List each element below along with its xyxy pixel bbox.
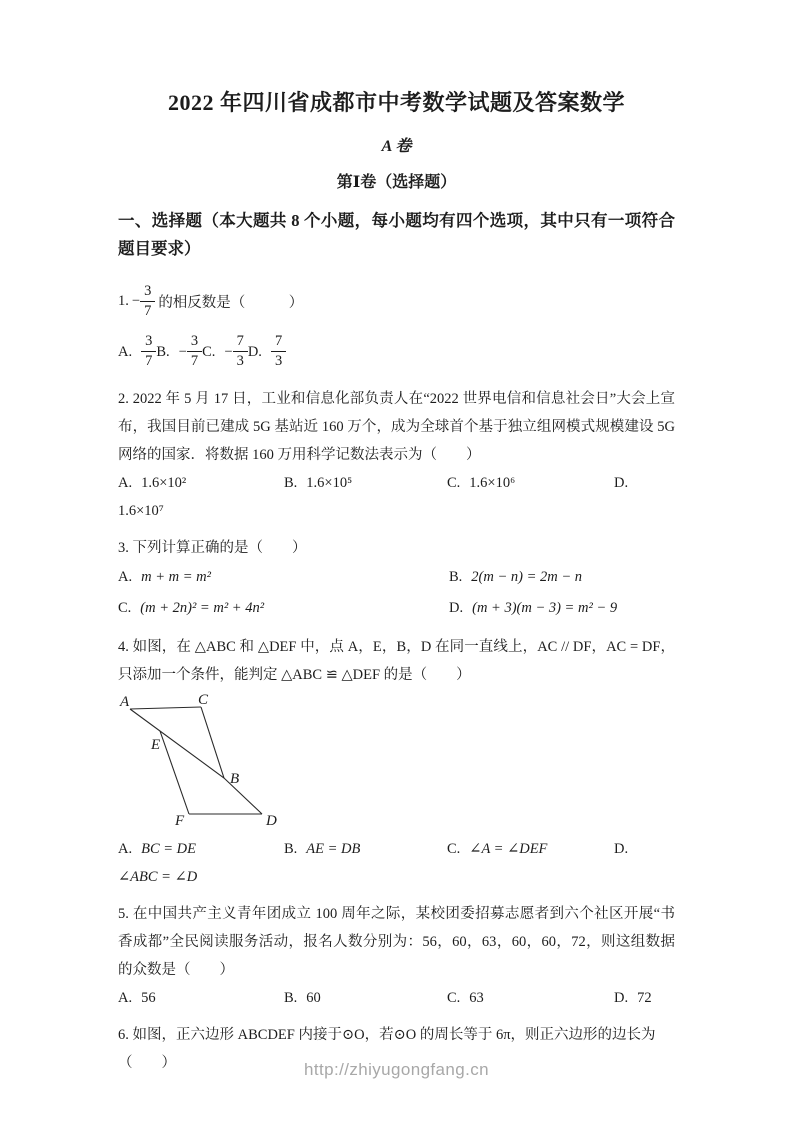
question-6-stem: 6. 如图，正六边形 ABCDEF 内接于⊙O，若⊙O 的周长等于 6π，则正六… <box>118 1021 675 1049</box>
option-d: D. <box>614 469 675 497</box>
vertex-label-d: D <box>265 813 277 829</box>
question-1-stem: 1. −37 的相反数是（ ） <box>118 276 675 328</box>
question-1-number: 1. <box>118 293 129 310</box>
option-b: B.2(m − n) = 2m − n <box>449 562 675 593</box>
option-d: D.73 <box>248 328 286 376</box>
option-b: B.−37 <box>156 328 202 376</box>
part-label: 第Ⅰ卷（选择题） <box>118 169 675 192</box>
vertex-label-f: F <box>174 813 185 829</box>
question-5-stem: 5. 在中国共产主义青年团成立 100 周年之际，某校团委招募志愿者到六个社区开… <box>118 900 675 984</box>
option-d: D.72 <box>614 984 675 1012</box>
section-heading: 一、选择题（本大题共 8 个小题，每小题均有四个选项，其中只有一项符合题目要求） <box>118 207 675 264</box>
exam-content: 2022 年四川省成都市中考数学试题及答案数学 A 卷 第Ⅰ卷（选择题） 一、选… <box>0 0 793 1077</box>
option-d: D.(m + 3)(m − 3) = m² − 9 <box>449 593 675 624</box>
footer-url-link[interactable]: http://zhiyugongfang.cn <box>0 1060 793 1080</box>
fraction-numerator: 3 <box>140 283 155 302</box>
option-a: A.37 <box>118 328 156 376</box>
fraction-sign: − <box>132 293 140 310</box>
option-c: C.63 <box>447 984 614 1012</box>
triangle-figure: A C E B F D <box>114 693 299 833</box>
option-b: B.60 <box>284 984 447 1012</box>
question-2-options: A.1.6×10² B.1.6×10⁵ C.1.6×10⁶ D. <box>118 469 675 497</box>
question-4-stem: 4. 如图，在 △ABC 和 △DEF 中，点 A，E，B，D 在同一直线上，A… <box>118 633 675 689</box>
option-d: D. <box>614 835 675 863</box>
question-4-option-d-value: ∠ABC = ∠D <box>118 863 675 891</box>
option-c: C.1.6×10⁶ <box>447 469 614 497</box>
question-5-options: A.56 B.60 C.63 D.72 <box>118 984 675 1012</box>
question-2-stem: 2. 2022 年 5 月 17 日，工业和信息化部负责人在“2022 世界电信… <box>118 385 675 469</box>
option-b: B.AE = DB <box>284 835 447 863</box>
option-c: C.−73 <box>202 328 248 376</box>
question-1-text: 的相反数是（ ） <box>158 291 303 312</box>
fraction-denominator: 7 <box>140 302 155 320</box>
option-a: A.56 <box>118 984 284 1012</box>
volume-label: A 卷 <box>118 133 675 156</box>
vertex-label-c: C <box>198 693 209 708</box>
vertex-label-b: B <box>230 771 239 787</box>
option-c: C.(m + 2n)² = m² + 4n² <box>118 593 449 624</box>
question-1-fraction: −37 <box>132 283 155 320</box>
question-2-option-d-value: 1.6×10⁷ <box>118 497 675 525</box>
vertex-label-e: E <box>150 737 160 753</box>
question-3-stem: 3. 下列计算正确的是（ ） <box>118 534 675 562</box>
exam-paper-page: 2022 年四川省成都市中考数学试题及答案数学 A 卷 第Ⅰ卷（选择题） 一、选… <box>0 0 793 1122</box>
option-b: B.1.6×10⁵ <box>284 469 447 497</box>
option-a: A.1.6×10² <box>118 469 284 497</box>
option-a: A.m + m = m² <box>118 562 449 593</box>
page-title: 2022 年四川省成都市中考数学试题及答案数学 <box>118 86 675 117</box>
option-c: C.∠A = ∠DEF <box>447 835 614 863</box>
question-3-options: A.m + m = m² B.2(m − n) = 2m − n C.(m + … <box>118 562 675 624</box>
question-4-options: A.BC = DE B.AE = DB C.∠A = ∠DEF D. <box>118 835 675 863</box>
option-a: A.BC = DE <box>118 835 284 863</box>
vertex-label-a: A <box>119 694 130 710</box>
question-1-options: A.37 B.−37 C.−73 D.73 <box>118 328 675 376</box>
